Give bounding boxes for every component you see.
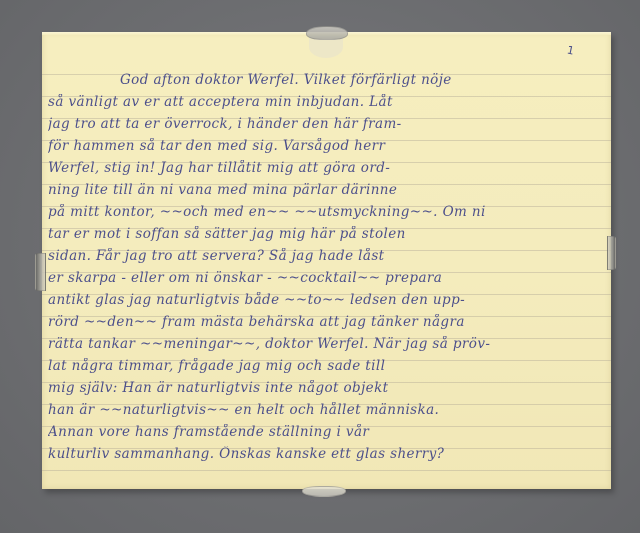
text-line: jag tro att ta er överrock, i händer den…: [48, 116, 603, 138]
text-line: tar er mot i soffan så sätter jag mig hä…: [48, 226, 603, 248]
text-line: rörd ~~den~~ fram mästa behärska att jag…: [48, 314, 603, 336]
left-mount-clip: [35, 253, 46, 291]
text-line: er skarpa - eller om ni önskar - ~~cockt…: [48, 270, 603, 292]
top-mount-clip: [306, 26, 348, 40]
text-line: antikt glas jag naturligtvis både ~~to~~…: [48, 292, 603, 314]
text-line: sidan. Får jag tro att servera? Så jag h…: [48, 248, 603, 270]
text-line: rätta tankar ~~meningar~~, doktor Werfel…: [48, 336, 603, 358]
text-line: God afton doktor Werfel. Vilket förfärli…: [48, 72, 603, 94]
ruled-line: [42, 470, 611, 471]
page-number: 1: [566, 43, 576, 57]
text-line: för hammen så tar den med sig. Varsågod …: [48, 138, 603, 160]
text-line: Annan vore hans framstående ställning i …: [48, 424, 603, 446]
letter-page: 1 God afton doktor Werfel. Vilket förfär…: [42, 32, 611, 489]
text-line: kulturliv sammanhang. Önskas kanske ett …: [48, 446, 603, 468]
text-line: ning lite till än ni vana med mina pärla…: [48, 182, 603, 204]
text-line: på mitt kontor, ~~och med en~~ ~~utsmyck…: [48, 204, 603, 226]
text-line: han är ~~naturligtvis~~ en helt och håll…: [48, 402, 603, 424]
text-line: Werfel, stig in! Jag har tillåtit mig at…: [48, 160, 603, 182]
bottom-mount-clip: [302, 486, 346, 497]
right-mount-clip: [607, 236, 616, 270]
text-line: mig själv: Han är naturligtvis inte någo…: [48, 380, 603, 402]
text-line: lat några timmar, frågade jag mig och sa…: [48, 358, 603, 380]
text-line: så vänligt av er att acceptera min inbju…: [48, 94, 603, 116]
